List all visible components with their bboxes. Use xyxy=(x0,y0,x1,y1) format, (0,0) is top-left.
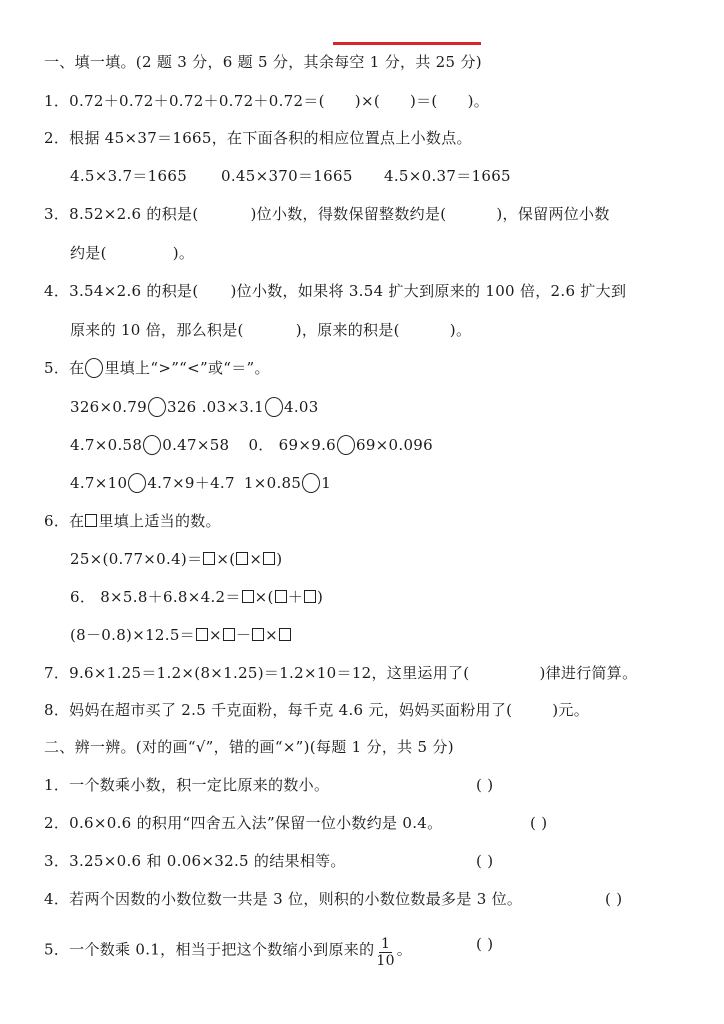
square-input[interactable] xyxy=(279,628,291,641)
compare-circle-input[interactable] xyxy=(337,435,355,455)
judge-item-2: 2．0.6×0.6 的积用“四舍五入法”保留一位小数约是 0.4。 xyxy=(44,813,442,833)
question-2: 2．根据 45×37＝1665，在下面各积的相应位置点上小数点。 xyxy=(44,128,472,148)
judge-answer-4[interactable]: ( ) xyxy=(605,889,622,909)
square-input[interactable] xyxy=(223,628,235,641)
question-5-row-2: 4.7×0.580.47×58 0． 69×9.669×0.096 xyxy=(70,435,433,455)
compare-circle-input[interactable] xyxy=(148,397,166,417)
section2-heading: 二、辨一辨。(对的画“√”，错的画“×”)(每题 1 分，共 5 分) xyxy=(44,737,454,757)
square-input[interactable] xyxy=(252,628,264,641)
top-red-line xyxy=(333,42,481,45)
judge-item-5: 5．一个数乘 0.1，相当于把这个数缩小到原来的110。 xyxy=(44,934,412,967)
section1-heading: 一、填一填。(2 题 3 分，6 题 5 分，其余每空 1 分，共 25 分) xyxy=(44,52,482,72)
compare-circle-input[interactable] xyxy=(128,473,146,493)
circle-icon xyxy=(85,358,103,378)
question-8: 8．妈妈在超市买了 2.5 千克面粉，每千克 4.6 元，妈妈买面粉用了()元。 xyxy=(44,700,589,720)
question-2-item-2[interactable]: 0.45×370＝1665 xyxy=(221,166,353,186)
question-4: 4．3.54×2.6 的积是()位小数，如果将 3.54 扩大到原来的 100 … xyxy=(44,281,626,301)
judge-answer-3[interactable]: ( ) xyxy=(476,851,493,871)
square-input[interactable] xyxy=(203,552,215,565)
question-3: 3．8.52×2.6 的积是()位小数，得数保留整数约是()，保留两位小数 xyxy=(44,204,610,224)
question-3-cont: 约是()。 xyxy=(70,243,194,263)
compare-circle-input[interactable] xyxy=(143,435,161,455)
question-2-item-3[interactable]: 4.5×0.37＝1665 xyxy=(384,166,511,186)
question-6-row-2: 6． 8×5.8＋6.8×4.2＝×(＋) xyxy=(70,587,323,607)
question-5-row-3: 4.7×104.7×9＋4.7 1×0.851 xyxy=(70,473,331,493)
square-input[interactable] xyxy=(196,628,208,641)
judge-item-1: 1．一个数乘小数，积一定比原来的数小。 xyxy=(44,775,329,795)
square-input[interactable] xyxy=(236,552,248,565)
compare-circle-input[interactable] xyxy=(302,473,320,493)
compare-circle-input[interactable] xyxy=(265,397,283,417)
question-6-row-3: (8－0.8)×12.5＝×－× xyxy=(70,625,292,645)
question-6-row-1: 25×(0.77×0.4)＝×(×) xyxy=(70,549,282,569)
square-icon xyxy=(85,514,97,527)
question-2-item-1[interactable]: 4.5×3.7＝1665 xyxy=(70,166,187,186)
question-5: 5．在里填上“>”“<”或“＝”。 xyxy=(44,358,270,378)
square-input[interactable] xyxy=(304,590,316,603)
square-input[interactable] xyxy=(263,552,275,565)
question-4-cont: 原来的 10 倍，那么积是()，原来的积是()。 xyxy=(70,320,471,340)
judge-answer-1[interactable]: ( ) xyxy=(476,775,493,795)
question-1: 1．0.72＋0.72＋0.72＋0.72＋0.72＝()×()＝()。 xyxy=(44,91,489,111)
judge-item-3: 3．3.25×0.6 和 0.06×32.5 的结果相等。 xyxy=(44,851,346,871)
judge-answer-2[interactable]: ( ) xyxy=(530,813,547,833)
question-6: 6．在里填上适当的数。 xyxy=(44,511,221,531)
square-input[interactable] xyxy=(242,590,254,603)
judge-answer-5[interactable]: ( ) xyxy=(476,934,493,954)
square-input[interactable] xyxy=(275,590,287,603)
question-5-row-1: 326×0.79326 .03×3.14.03 xyxy=(70,397,319,417)
judge-item-4: 4．若两个因数的小数位数一共是 3 位，则积的小数位数最多是 3 位。 xyxy=(44,889,522,909)
question-7: 7．9.6×1.25＝1.2×(8×1.25)＝1.2×10＝12，这里运用了(… xyxy=(44,663,637,683)
fraction: 110 xyxy=(376,936,394,969)
